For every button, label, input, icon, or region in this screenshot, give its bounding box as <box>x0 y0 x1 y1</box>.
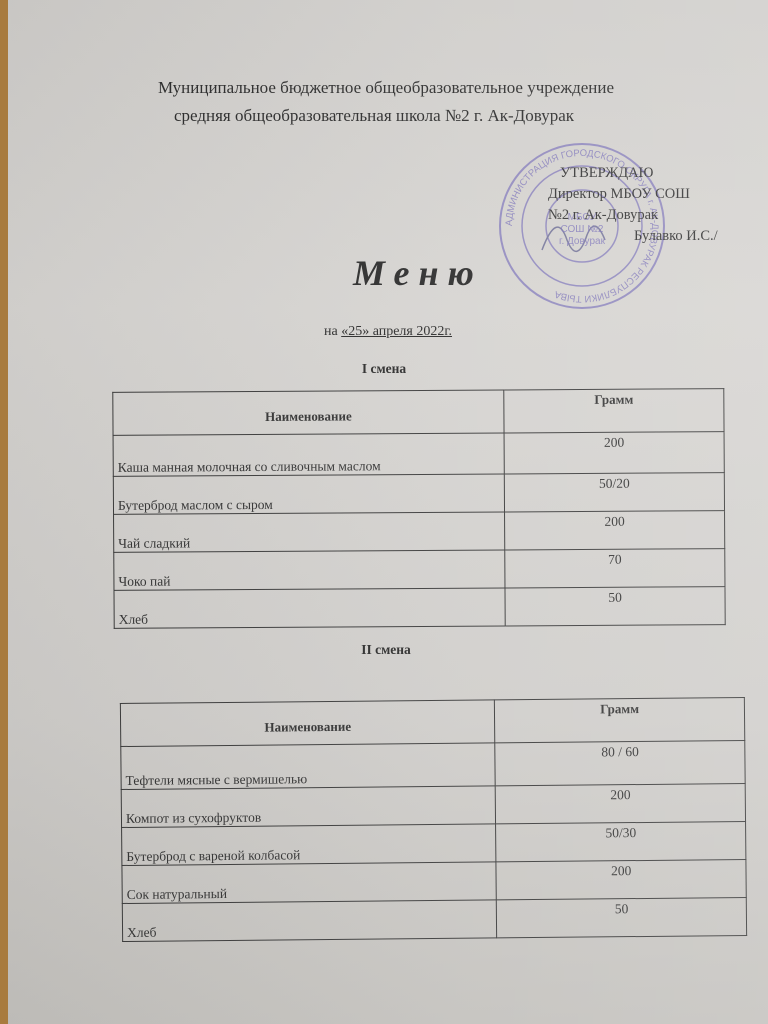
table-row: Бутерброд с вареной колбасой 50/30 <box>122 822 746 866</box>
shift2-heading: II смена <box>6 642 766 658</box>
dish-gram: 80 / 60 <box>495 741 745 786</box>
shift1-heading: I смена <box>4 361 764 377</box>
dish-gram: 50/20 <box>504 473 724 512</box>
dish-name: Чоко пай <box>114 550 505 590</box>
dish-name: Бутерброд маслом с сыром <box>113 474 504 514</box>
table-row: Сок натуральный 200 <box>122 860 746 904</box>
dish-name: Компот из сухофруктов <box>121 786 496 828</box>
page-title: Меню <box>353 252 483 294</box>
dish-name: Чай сладкий <box>114 512 505 552</box>
table-row: Чай сладкий 200 <box>114 511 725 553</box>
table-row: Хлеб 50 <box>114 587 725 629</box>
menu-date: на «25» апреля 2022г. <box>8 324 768 340</box>
institution-name-line1: Муниципальное бюджетное общеобразователь… <box>6 78 766 98</box>
column-header-gram: Грамм <box>504 389 724 433</box>
table-header-row: Наименование Грамм <box>120 698 744 747</box>
column-header-name: Наименование <box>120 700 495 747</box>
date-prefix: на <box>324 324 341 339</box>
shift1-menu-table: Наименование Грамм Каша манная молочная … <box>112 388 725 629</box>
dish-gram: 70 <box>505 549 725 588</box>
approval-heading: УТВЕРЖДАЮ <box>548 163 718 184</box>
column-header-gram: Грамм <box>495 698 745 743</box>
approval-signature: Булавко И.С./ <box>548 226 718 247</box>
table-row: Компот из сухофруктов 200 <box>121 784 745 828</box>
table-row: Чоко пай 70 <box>114 549 725 591</box>
table-row: Каша манная молочная со сливочным маслом… <box>113 432 724 477</box>
table-row: Бутерброд маслом с сыром 50/20 <box>113 473 724 515</box>
table-row: Хлеб 50 <box>122 898 746 942</box>
institution-name-line2: средняя общеобразовательная школа №2 г. … <box>0 106 754 126</box>
dish-gram: 200 <box>496 860 746 900</box>
dish-name: Бутерброд с вареной колбасой <box>122 824 497 866</box>
document-page: Муниципальное бюджетное общеобразователь… <box>8 0 768 1024</box>
dish-name: Хлеб <box>122 900 497 942</box>
dish-gram: 200 <box>496 784 746 824</box>
table-row: Тефтели мясные с вермишелью 80 / 60 <box>121 741 745 790</box>
dish-name: Хлеб <box>114 588 505 628</box>
dish-name: Каша манная молочная со сливочным маслом <box>113 433 504 476</box>
dish-name: Тефтели мясные с вермишелью <box>121 743 496 790</box>
dish-gram: 200 <box>504 432 724 474</box>
approval-school: №2 г. Ак-Довурак <box>548 205 718 226</box>
dish-gram: 200 <box>505 511 725 550</box>
dish-gram: 50 <box>497 898 747 938</box>
approval-block: УТВЕРЖДАЮ Директор МБОУ СОШ №2 г. Ак-Дов… <box>548 163 718 247</box>
approval-position: Директор МБОУ СОШ <box>548 184 718 205</box>
date-value: «25» апреля 2022г. <box>341 324 452 339</box>
dish-gram: 50 <box>505 587 725 626</box>
dish-gram: 50/30 <box>496 822 746 862</box>
table-header-row: Наименование Грамм <box>113 389 724 436</box>
dish-name: Сок натуральный <box>122 862 497 904</box>
shift2-menu-table: Наименование Грамм Тефтели мясные с верм… <box>120 697 747 942</box>
column-header-name: Наименование <box>113 390 504 435</box>
